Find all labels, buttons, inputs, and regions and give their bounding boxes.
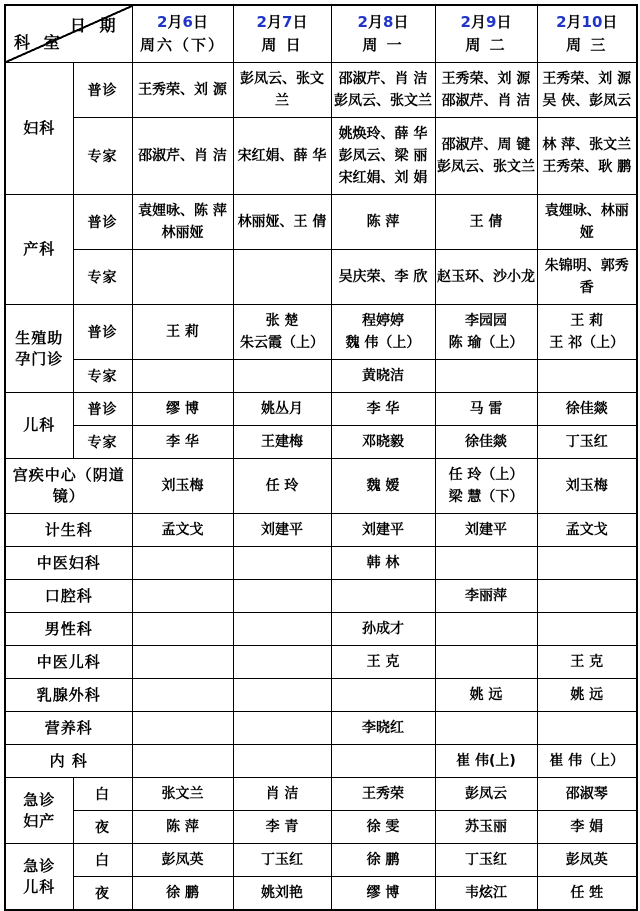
- schedule-cell: 姚刘艳: [233, 877, 331, 911]
- table-row: 专家李 华王建梅邓晓毅徐佳燚丁玉红: [5, 426, 637, 459]
- date-number: 2: [358, 13, 368, 31]
- schedule-cell: 张文兰: [132, 778, 233, 811]
- weekday-text: 周 日: [235, 34, 330, 57]
- schedule-cell: 赵玉环、沙小龙: [435, 250, 537, 305]
- table-row: 儿科普诊缪 博姚丛月李 华马 雷徐佳燚: [5, 393, 637, 426]
- header-row: 日 期 科 室 2月6日周六（下）2月7日周 日2月8日周 一2月9日周 二2月…: [5, 5, 637, 63]
- dept-cell: 男性科: [5, 613, 132, 646]
- date-unit: 月: [471, 13, 486, 31]
- date-text: 2月7日: [235, 11, 330, 34]
- schedule-cell: 丁玉红: [537, 426, 637, 459]
- schedule-cell: [435, 547, 537, 580]
- schedule-cell: [132, 646, 233, 679]
- schedule-cell: 袁娌咏、陈 萍 林丽娅: [132, 195, 233, 250]
- schedule-cell: 王 倩: [435, 195, 537, 250]
- date-number: 10: [582, 13, 603, 31]
- date-number: 2: [556, 13, 566, 31]
- dept-cell: 计生科: [5, 514, 132, 547]
- date-number: 9: [486, 13, 496, 31]
- dept-cell: 产科: [5, 195, 73, 305]
- schedule-cell: 王秀荣、刘 源 吴 侠、彭凤云: [537, 63, 637, 118]
- schedule-cell: [537, 712, 637, 745]
- schedule-cell: 丁玉红: [233, 844, 331, 877]
- schedule-cell: 袁娌咏、林丽娅: [537, 195, 637, 250]
- table-row: 急诊 儿科白彭凤英丁玉红徐 鹏丁玉红彭凤英: [5, 844, 637, 877]
- table-row: 宫疾中心（阴道镜）刘玉梅任 玲魏 嫒任 玲（上） 梁 慧（下）刘玉梅: [5, 459, 637, 514]
- dept-cell: 宫疾中心（阴道镜）: [5, 459, 132, 514]
- schedule-cell: [132, 613, 233, 646]
- schedule-cell: 李 青: [233, 811, 331, 844]
- weekday-text: 周 二: [437, 34, 536, 57]
- dept-cell: 急诊 妇产: [5, 778, 73, 844]
- schedule-cell: 张 楚 朱云霞（上）: [233, 305, 331, 360]
- dept-axis-label: 科 室: [14, 30, 64, 53]
- dept-cell: 儿科: [5, 393, 73, 459]
- date-number: 2: [257, 13, 267, 31]
- date-number: 7: [282, 13, 292, 31]
- shift-type-cell: 专家: [73, 360, 132, 393]
- schedule-cell: 李园园 陈 瑜（上）: [435, 305, 537, 360]
- dept-cell: 内 科: [5, 745, 132, 778]
- date-text: 2月8日: [333, 11, 434, 34]
- corner-cell: 日 期 科 室: [5, 5, 132, 63]
- schedule-cell: 王 克: [331, 646, 435, 679]
- shift-type-cell: 普诊: [73, 305, 132, 360]
- schedule-cell: [233, 679, 331, 712]
- schedule-cell: [132, 547, 233, 580]
- schedule-cell: [233, 360, 331, 393]
- schedule-cell: 姚 远: [537, 679, 637, 712]
- schedule-cell: 徐佳燚: [537, 393, 637, 426]
- schedule-cell: [233, 745, 331, 778]
- schedule-cell: 徐 鹏: [331, 844, 435, 877]
- weekday-text: 周 三: [539, 34, 636, 57]
- schedule-cell: [233, 547, 331, 580]
- schedule-cell: 黄晓洁: [331, 360, 435, 393]
- table-row: 专家黄晓洁: [5, 360, 637, 393]
- date-unit: 日: [602, 13, 617, 31]
- schedule-cell: 王 莉 王 祁（上）: [537, 305, 637, 360]
- date-number: 2: [461, 13, 471, 31]
- schedule-cell: 邵淑芹、周 键 彭凤云、张文兰: [435, 118, 537, 195]
- schedule-cell: 刘玉梅: [537, 459, 637, 514]
- schedule-cell: [233, 250, 331, 305]
- date-column-header: 2月8日周 一: [331, 5, 435, 63]
- schedule-cell: [233, 646, 331, 679]
- table-row: 营养科李晓红: [5, 712, 637, 745]
- schedule-cell: [233, 712, 331, 745]
- date-text: 2月10日: [539, 11, 636, 34]
- schedule-cell: 肖 洁: [233, 778, 331, 811]
- schedule-cell: 彭凤云: [435, 778, 537, 811]
- date-column-header: 2月7日周 日: [233, 5, 331, 63]
- shift-type-cell: 夜: [73, 877, 132, 911]
- schedule-cell: [331, 745, 435, 778]
- date-text: 2月6日: [134, 11, 232, 34]
- dept-cell: 妇科: [5, 63, 73, 195]
- schedule-cell: 王秀荣: [331, 778, 435, 811]
- table-row: 口腔科李丽萍: [5, 580, 637, 613]
- schedule-cell: [537, 613, 637, 646]
- schedule-cell: [132, 250, 233, 305]
- schedule-cell: [132, 712, 233, 745]
- schedule-cell: 邵淑芹、肖 洁: [132, 118, 233, 195]
- schedule-cell: 彭凤英: [537, 844, 637, 877]
- schedule-cell: 孟文戈: [132, 514, 233, 547]
- date-text: 2月9日: [437, 11, 536, 34]
- schedule-cell: [233, 613, 331, 646]
- schedule-cell: 彭凤英: [132, 844, 233, 877]
- schedule-cell: [435, 646, 537, 679]
- schedule-cell: [233, 580, 331, 613]
- date-unit: 月: [567, 13, 582, 31]
- dept-cell: 中医儿科: [5, 646, 132, 679]
- schedule-cell: [435, 712, 537, 745]
- schedule-cell: 邵淑琴: [537, 778, 637, 811]
- schedule-cell: [132, 360, 233, 393]
- schedule-cell: [537, 547, 637, 580]
- schedule-cell: 徐 雯: [331, 811, 435, 844]
- schedule-cell: 刘建平: [233, 514, 331, 547]
- schedule-cell: 李 华: [132, 426, 233, 459]
- dept-cell: 口腔科: [5, 580, 132, 613]
- table-row: 产科普诊袁娌咏、陈 萍 林丽娅林丽娅、王 倩陈 萍王 倩袁娌咏、林丽娅: [5, 195, 637, 250]
- schedule-cell: 崔 伟(上): [435, 745, 537, 778]
- schedule-cell: 陈 萍: [132, 811, 233, 844]
- schedule-cell: 王建梅: [233, 426, 331, 459]
- schedule-cell: 徐 鹏: [132, 877, 233, 911]
- schedule-cell: 姚丛月: [233, 393, 331, 426]
- shift-type-cell: 专家: [73, 426, 132, 459]
- table-row: 内 科崔 伟(上)崔 伟（上）: [5, 745, 637, 778]
- duty-roster-page: 日 期 科 室 2月6日周六（下）2月7日周 日2月8日周 一2月9日周 二2月…: [0, 0, 640, 895]
- schedule-cell: 刘建平: [331, 514, 435, 547]
- shift-type-cell: 专家: [73, 250, 132, 305]
- schedule-cell: [132, 679, 233, 712]
- shift-type-cell: 普诊: [73, 63, 132, 118]
- date-unit: 日: [496, 13, 511, 31]
- schedule-cell: [537, 580, 637, 613]
- schedule-cell: 彭凤云、张文兰: [233, 63, 331, 118]
- date-number: 6: [183, 13, 193, 31]
- date-column-header: 2月10日周 三: [537, 5, 637, 63]
- weekday-text: 周 一: [333, 34, 434, 57]
- schedule-cell: 刘建平: [435, 514, 537, 547]
- date-unit: 日: [393, 13, 408, 31]
- schedule-cell: 韦炫江: [435, 877, 537, 911]
- date-column-header: 2月6日周六（下）: [132, 5, 233, 63]
- shift-type-cell: 夜: [73, 811, 132, 844]
- schedule-cell: 林丽娅、王 倩: [233, 195, 331, 250]
- table-row: 生殖助 孕门诊普诊王 莉张 楚 朱云霞（上）程婷婷 魏 伟（上）李园园 陈 瑜（…: [5, 305, 637, 360]
- schedule-cell: 任 玲（上） 梁 慧（下）: [435, 459, 537, 514]
- shift-type-cell: 白: [73, 844, 132, 877]
- schedule-cell: 朱锦明、郭秀香: [537, 250, 637, 305]
- schedule-cell: 陈 萍: [331, 195, 435, 250]
- schedule-cell: 宋红娟、薛 华: [233, 118, 331, 195]
- date-axis-label: 日 期: [70, 13, 120, 36]
- table-row: 男性科孙成才: [5, 613, 637, 646]
- schedule-cell: 程婷婷 魏 伟（上）: [331, 305, 435, 360]
- duty-roster-table: 日 期 科 室 2月6日周六（下）2月7日周 日2月8日周 一2月9日周 二2月…: [4, 4, 638, 911]
- table-row: 乳腺外科姚 远姚 远: [5, 679, 637, 712]
- dept-cell: 营养科: [5, 712, 132, 745]
- schedule-cell: [435, 360, 537, 393]
- date-unit: 月: [167, 13, 182, 31]
- schedule-cell: 苏玉丽: [435, 811, 537, 844]
- table-row: 急诊 妇产白张文兰肖 洁王秀荣彭凤云邵淑琴: [5, 778, 637, 811]
- date-unit: 日: [193, 13, 208, 31]
- dept-cell: 急诊 儿科: [5, 844, 73, 911]
- schedule-cell: [331, 580, 435, 613]
- schedule-cell: 孟文戈: [537, 514, 637, 547]
- table-row: 中医儿科王 克王 克: [5, 646, 637, 679]
- schedule-cell: 姚 远: [435, 679, 537, 712]
- date-unit: 月: [368, 13, 383, 31]
- date-number: 8: [383, 13, 393, 31]
- schedule-cell: 王秀荣、刘 源 邵淑芹、肖 洁: [435, 63, 537, 118]
- table-row: 计生科孟文戈刘建平刘建平刘建平孟文戈: [5, 514, 637, 547]
- schedule-cell: 邓晓毅: [331, 426, 435, 459]
- table-row: 妇科普诊王秀荣、刘 源彭凤云、张文兰邵淑芹、肖 洁 彭凤云、张文兰王秀荣、刘 源…: [5, 63, 637, 118]
- dept-cell: 中医妇科: [5, 547, 132, 580]
- schedule-cell: 魏 嫒: [331, 459, 435, 514]
- table-row: 中医妇科韩 林: [5, 547, 637, 580]
- schedule-cell: [132, 580, 233, 613]
- schedule-cell: 缪 博: [331, 877, 435, 911]
- schedule-cell: 李 娟: [537, 811, 637, 844]
- schedule-cell: 徐佳燚: [435, 426, 537, 459]
- schedule-cell: 姚焕玲、薛 华 彭凤云、梁 丽 宋红娟、刘 娟: [331, 118, 435, 195]
- dept-cell: 生殖助 孕门诊: [5, 305, 73, 393]
- shift-type-cell: 普诊: [73, 195, 132, 250]
- schedule-cell: 李丽萍: [435, 580, 537, 613]
- schedule-cell: 刘玉梅: [132, 459, 233, 514]
- date-unit: 日: [292, 13, 307, 31]
- schedule-cell: 马 雷: [435, 393, 537, 426]
- schedule-cell: [435, 613, 537, 646]
- schedule-cell: [331, 679, 435, 712]
- schedule-cell: 崔 伟（上）: [537, 745, 637, 778]
- schedule-cell: 邵淑芹、肖 洁 彭凤云、张文兰: [331, 63, 435, 118]
- date-unit: 月: [267, 13, 282, 31]
- schedule-cell: 李 华: [331, 393, 435, 426]
- date-column-header: 2月9日周 二: [435, 5, 537, 63]
- schedule-cell: 缪 博: [132, 393, 233, 426]
- date-number: 2: [157, 13, 167, 31]
- table-row: 夜徐 鹏姚刘艳缪 博韦炫江任 甡: [5, 877, 637, 911]
- table-row: 专家邵淑芹、肖 洁宋红娟、薛 华姚焕玲、薛 华 彭凤云、梁 丽 宋红娟、刘 娟邵…: [5, 118, 637, 195]
- shift-type-cell: 普诊: [73, 393, 132, 426]
- table-row: 夜陈 萍李 青徐 雯苏玉丽李 娟: [5, 811, 637, 844]
- shift-type-cell: 专家: [73, 118, 132, 195]
- schedule-cell: 王 莉: [132, 305, 233, 360]
- dept-cell: 乳腺外科: [5, 679, 132, 712]
- schedule-cell: 王 克: [537, 646, 637, 679]
- shift-type-cell: 白: [73, 778, 132, 811]
- schedule-cell: 林 萍、张文兰 王秀荣、耿 鹏: [537, 118, 637, 195]
- schedule-cell: 吴庆荣、李 欣: [331, 250, 435, 305]
- weekday-text: 周六（下）: [134, 34, 232, 57]
- schedule-cell: 王秀荣、刘 源: [132, 63, 233, 118]
- schedule-cell: [537, 360, 637, 393]
- schedule-cell: [132, 745, 233, 778]
- schedule-cell: 丁玉红: [435, 844, 537, 877]
- schedule-cell: 任 甡: [537, 877, 637, 911]
- table-row: 专家吴庆荣、李 欣赵玉环、沙小龙朱锦明、郭秀香: [5, 250, 637, 305]
- schedule-cell: 韩 林: [331, 547, 435, 580]
- schedule-cell: 任 玲: [233, 459, 331, 514]
- schedule-cell: 李晓红: [331, 712, 435, 745]
- schedule-cell: 孙成才: [331, 613, 435, 646]
